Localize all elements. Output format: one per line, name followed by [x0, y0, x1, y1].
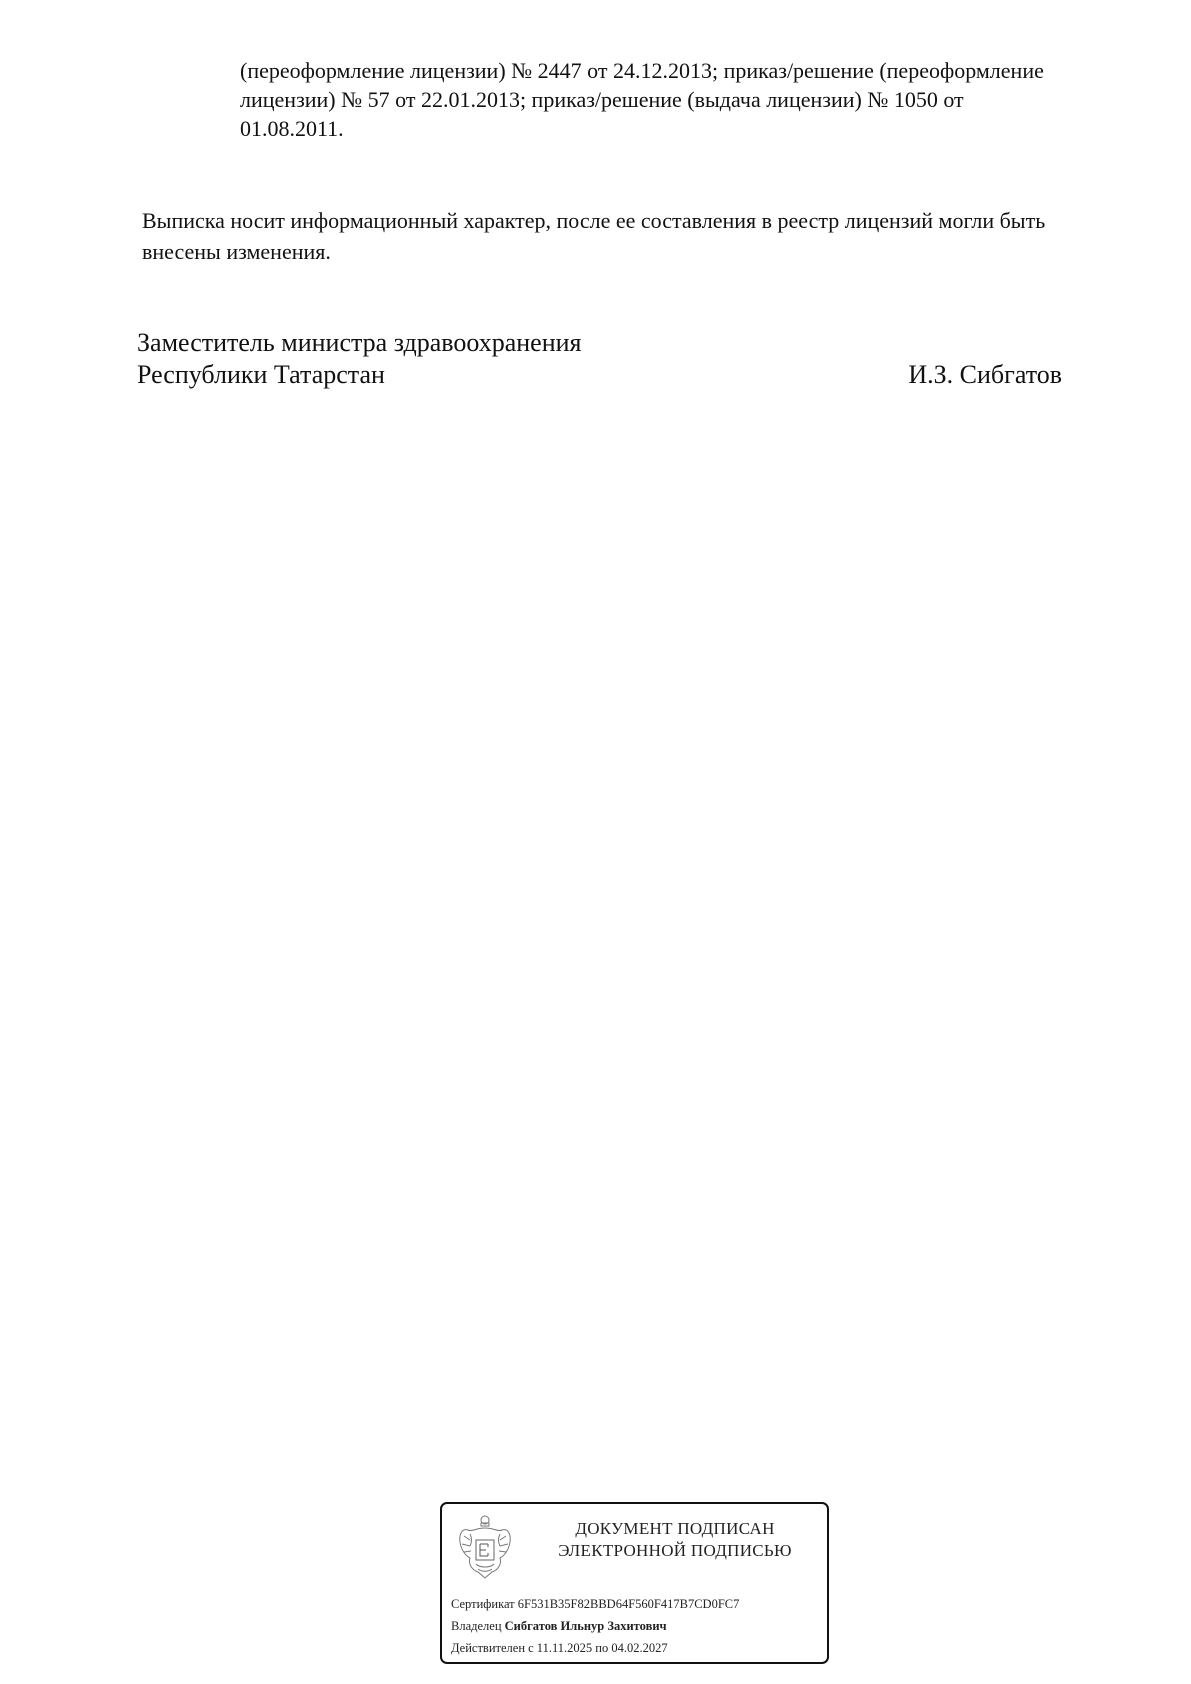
stamp-details: Сертификат 6F531B35F82BBD64F560F417B7CD0…: [451, 1593, 739, 1659]
informational-notice: Выписка носит информационный характер, п…: [142, 205, 1142, 267]
signature-block: Заместитель министра здравоохранения Рес…: [137, 327, 1067, 391]
license-history-line: лицензии) № 57 от 22.01.2013; приказ/реш…: [240, 85, 1130, 114]
license-history-line: 01.08.2011.: [240, 114, 1130, 143]
signatory-position: Заместитель министра здравоохранения: [137, 327, 582, 359]
license-history-paragraph: (переоформление лицензии) № 2447 от 24.1…: [240, 56, 1130, 143]
certificate-line: Сертификат 6F531B35F82BBD64F560F417B7CD0…: [451, 1593, 739, 1615]
owner-value: Сибгатов Ильнур Захитович: [505, 1619, 667, 1633]
notice-line: внесены изменения.: [142, 236, 1142, 267]
coat-of-arms-icon: [456, 1514, 514, 1582]
signatory-name-row: Республики Татарстан И.З. Сибгатов: [137, 359, 1067, 391]
electronic-signature-stamp: ДОКУМЕНТ ПОДПИСАН ЭЛЕКТРОННОЙ ПОДПИСЬЮ С…: [440, 1502, 829, 1664]
validity-line: Действителен с 11.11.2025 по 04.02.2027: [451, 1637, 739, 1659]
certificate-value: 6F531B35F82BBD64F560F417B7CD0FC7: [518, 1597, 740, 1611]
stamp-title: ДОКУМЕНТ ПОДПИСАН ЭЛЕКТРОННОЙ ПОДПИСЬЮ: [530, 1518, 820, 1562]
signatory-region: Республики Татарстан: [137, 359, 385, 391]
signatory-name: И.З. Сибгатов: [908, 359, 1062, 391]
owner-line: Владелец Сибгатов Ильнур Захитович: [451, 1615, 739, 1637]
signatory-position-row: Заместитель министра здравоохранения: [137, 327, 1067, 359]
notice-line: Выписка носит информационный характер, п…: [142, 205, 1142, 236]
license-history-line: (переоформление лицензии) № 2447 от 24.1…: [240, 56, 1130, 85]
